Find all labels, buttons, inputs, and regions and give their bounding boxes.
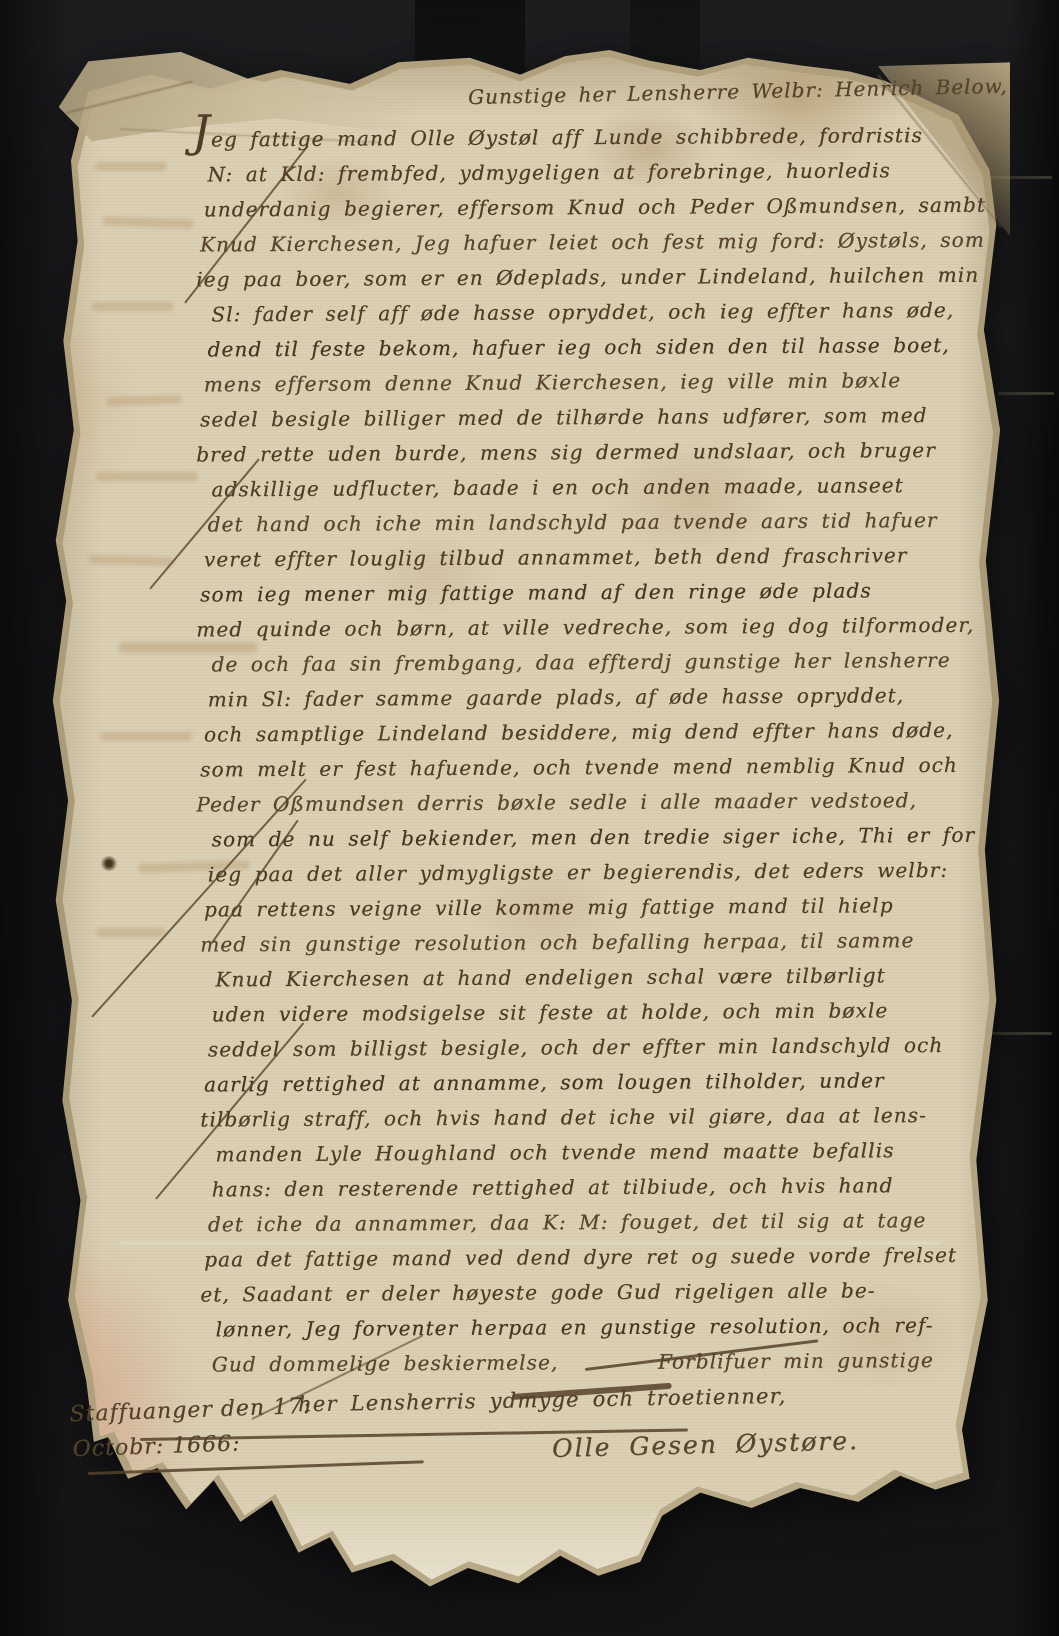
manuscript-line: tilbørlig straff, och hvis hand det iche… <box>200 1098 997 1138</box>
manuscript-line: sedel besigle billiger med de tilhørde h… <box>200 398 993 438</box>
dateline-place: Staffuanger den 17: <box>69 1394 312 1427</box>
manuscript-line: med quinde och børn, at ville vedreche, … <box>196 608 994 648</box>
manuscript-line: de och faa sin frembgang, daa effterdj g… <box>211 643 994 683</box>
manuscript-line: som ieg mener mig fattige mand af den ri… <box>200 573 994 613</box>
manuscript-line: och samptlige Lindeland besiddere, mig d… <box>204 713 995 753</box>
manuscript-line: som de nu self bekiender, men den tredie… <box>211 818 995 858</box>
letter-body: Jeg fattige mand Olle Øystøl aff Lunde s… <box>201 118 999 1383</box>
manuscript-line: Knud Kierchesen, Jeg hafuer leiet och fe… <box>200 223 992 263</box>
manuscript-line: adskillige udflucter, baade i en och and… <box>211 468 993 508</box>
manuscript-line: dend til feste bekom, hafuer ieg och sid… <box>207 328 992 368</box>
letter-valediction: her Lensherris ydmyge och troetienner, <box>298 1384 787 1417</box>
manuscript-line: et, Saadant er deler høyeste gode Gud ri… <box>200 1273 998 1313</box>
manuscript-line: N: at Kld: frembfed, ydmygeligen at fore… <box>207 153 991 193</box>
manuscript-content: Gunstige her Lensherre Welbr: Henrich Be… <box>0 0 1059 1636</box>
manuscript-line: hans: den resterende rettighed at tilbiu… <box>212 1168 998 1208</box>
dateline-strike-stroke <box>88 1460 424 1475</box>
manuscript-line: uden videre modsigelse sit feste at hold… <box>212 993 997 1033</box>
letter-dateline: Staffuanger den 17: Octobr: 1666: <box>69 1394 313 1462</box>
manuscript-line: Gud dommelige beskiermelse, Forblifuer m… <box>212 1343 999 1383</box>
manuscript-line: paa det fattige mand ved dend dyre ret o… <box>204 1238 998 1278</box>
manuscript-line: det iche da annammer, daa K: M: fouget, … <box>208 1203 998 1243</box>
manuscript-line: veret effter louglig tilbud annammet, be… <box>204 538 994 578</box>
archive-photo: Gunstige her Lensherre Welbr: Henrich Be… <box>0 0 1059 1636</box>
manuscript-line: med sin gunstige resolution och befallin… <box>200 923 996 963</box>
manuscript-line: ieg paa boer, som er en Ødeplads, under … <box>196 258 992 298</box>
manuscript-line: manden Lyle Houghland och tvende mend ma… <box>215 1133 997 1173</box>
manuscript-line: Jeg fattige mand Olle Øystøl aff Lunde s… <box>192 118 991 158</box>
manuscript-line: bred rette uden burde, mens sig dermed u… <box>196 433 993 473</box>
manuscript-line: som melt er fest hafuende, och tvende me… <box>200 748 995 788</box>
manuscript-line: Peder Oßmundsen derris bøxle sedle i all… <box>196 783 995 823</box>
dateline-date: Octobr: 1666: <box>72 1429 313 1462</box>
manuscript-line: seddel som billigst besigle, och der eff… <box>208 1028 997 1068</box>
manuscript-line: mens effersom denne Knud Kierchesen, ieg… <box>204 363 993 403</box>
manuscript-line: aarlig rettighed at annamme, som lougen … <box>204 1063 997 1103</box>
manuscript-line: underdanig begierer, effersom Knud och P… <box>204 188 992 228</box>
manuscript-line: lønner, Jeg forventer herpaa en gunstige… <box>215 1308 998 1348</box>
letter-heading: Gunstige her Lensherre Welbr: Henrich Be… <box>468 75 948 109</box>
manuscript-line: Knud Kierchesen at hand endeligen schal … <box>215 958 996 998</box>
manuscript-line: Sl: fader self aff øde hasse opryddet, o… <box>211 293 992 333</box>
manuscript-line: ieg paa det aller ydmygligste er begiere… <box>208 853 996 893</box>
manuscript-line: paa rettens veigne ville komme mig fatti… <box>204 888 996 928</box>
manuscript-line: det hand och iche min landschyld paa tve… <box>208 503 994 543</box>
manuscript-line: min Sl: fader samme gaarde plads, af øde… <box>208 678 995 718</box>
